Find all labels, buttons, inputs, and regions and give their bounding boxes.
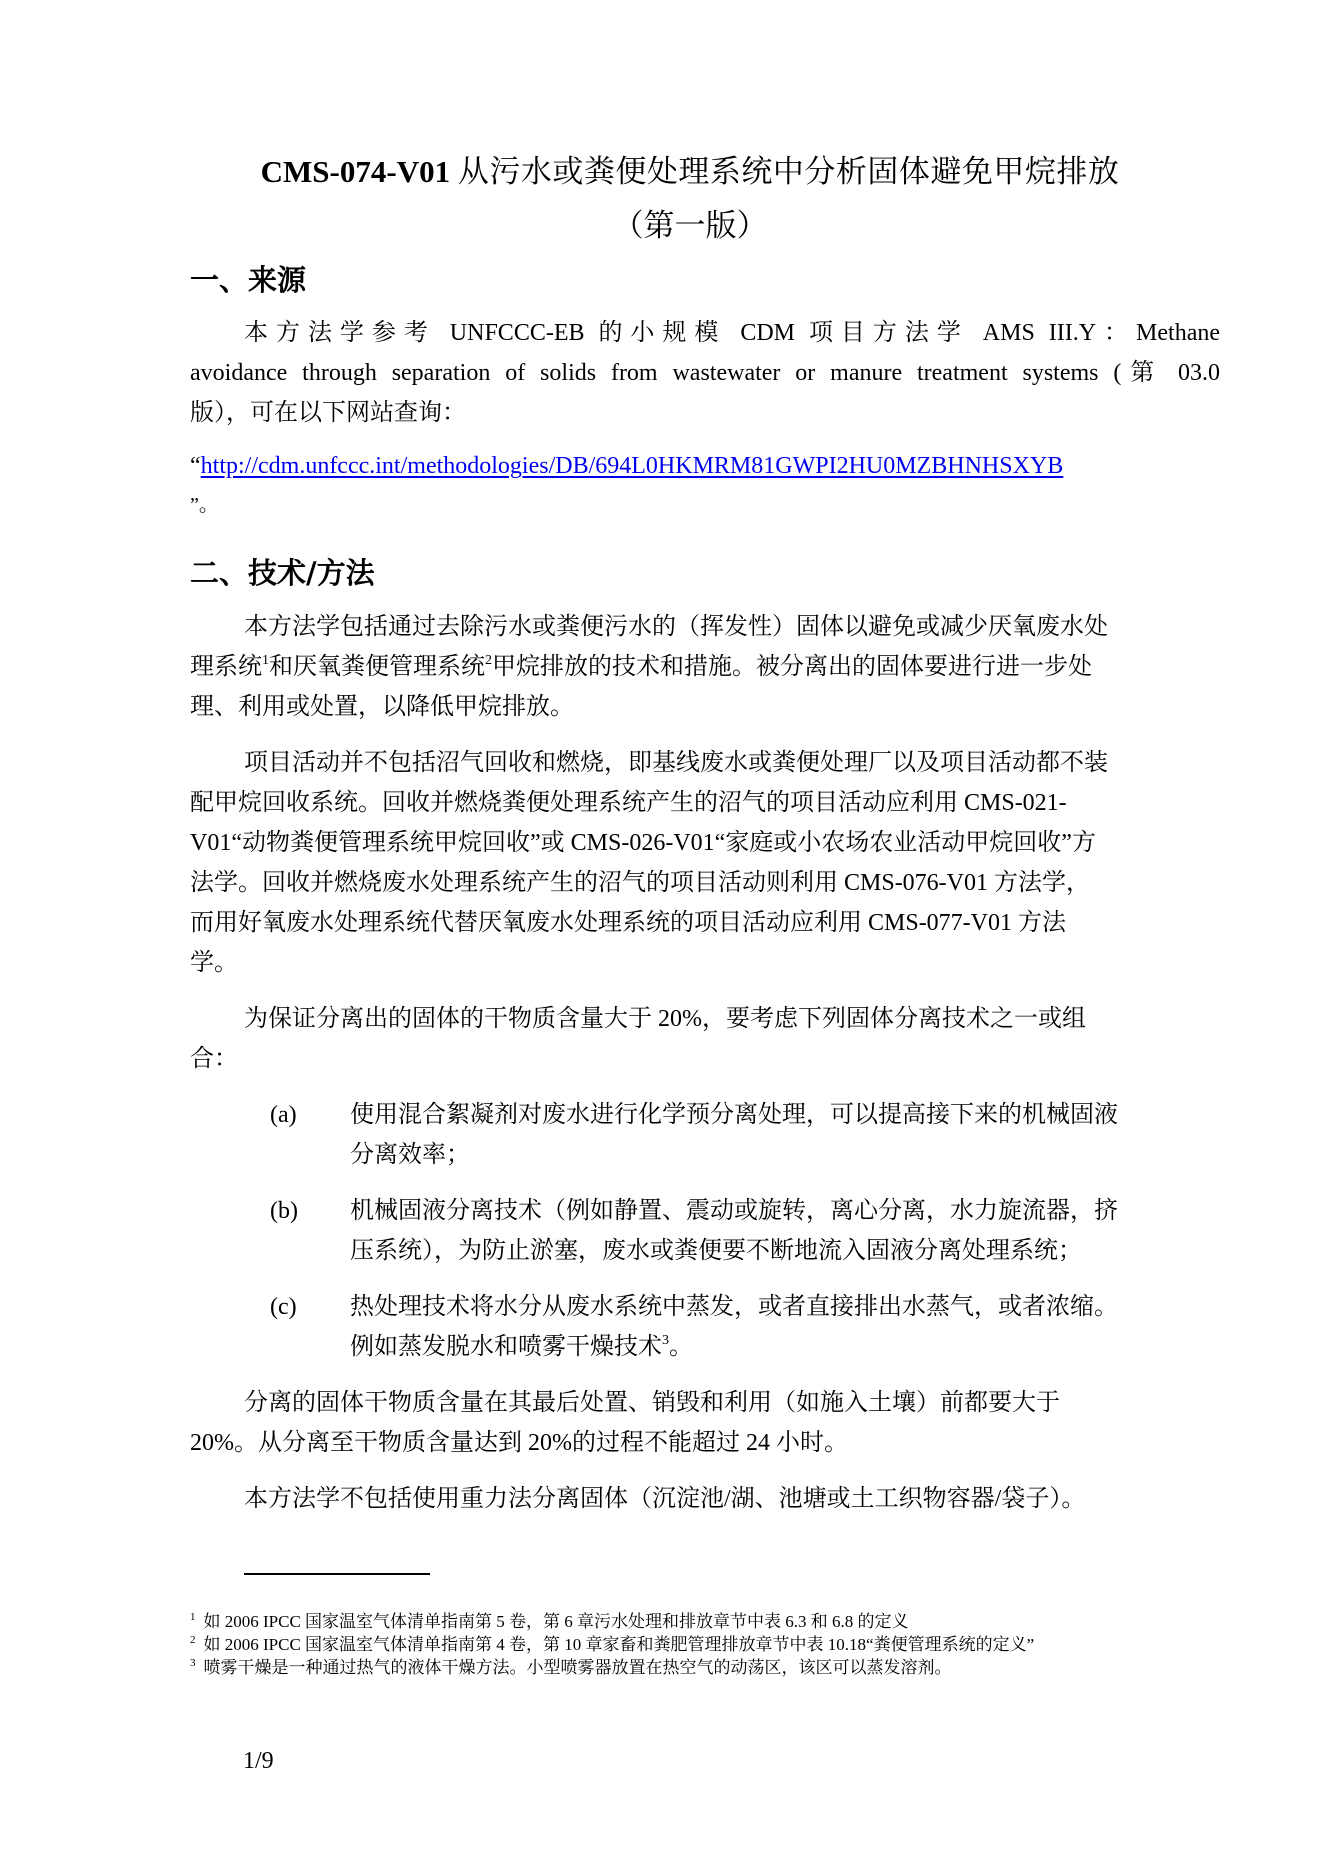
footnote-text: 如 2006 IPCC 国家温室气体清单指南第 4 卷，第 10 章家畜和粪肥管… (204, 1635, 1035, 1654)
footnote-3: 3喷雾干燥是一种通过热气的液体干燥方法。小型喷雾器放置在热空气的动荡区，该区可以… (190, 1658, 952, 1678)
paragraph-line: 为保证分离出的固体的干物质含量大于 20%，要考虑下列固体分离技术之一或组 (244, 1004, 1086, 1034)
paragraph-line: 版），可在以下网站查询： (190, 398, 466, 428)
paragraph-line-with-footnotes: 理系统1和厌氧粪便管理系统2甲烷排放的技术和措施。被分离出的固体要进行进一步处 (190, 652, 1092, 682)
list-item-text: 分离效率； (350, 1140, 470, 1170)
footnote-number: 2 (190, 1634, 196, 1646)
paragraph-line: 合： (190, 1044, 238, 1074)
text-run: 例如蒸发脱水和喷雾干燥技术 (350, 1334, 662, 1360)
methodology-link[interactable]: http://cdm.unfccc.int/methodologies/DB/6… (201, 453, 1064, 479)
link-line: “http://cdm.unfccc.int/methodologies/DB/… (190, 451, 1063, 481)
quote-close: ”。 (190, 490, 219, 520)
list-item-text: 机械固液分离技术（例如静置、震动或旋转，离心分离，水力旋流器，挤 (350, 1196, 1118, 1226)
footnote-1: 1如 2006 IPCC 国家温室气体清单指南第 5 卷，第 6 章污水处理和排… (190, 1612, 909, 1632)
paragraph-line: 分离的固体干物质含量在其最后处置、销毁和利用（如施入土壤）前都要大于 (244, 1388, 1060, 1418)
list-item-label-c: (c) (270, 1292, 297, 1322)
paragraph-line: avoidance through separation of solids f… (190, 358, 1220, 388)
document-page: CMS-074-V01 从污水或粪便处理系统中分析固体避免甲烷排放 （第一版） … (0, 0, 1323, 1871)
document-title: CMS-074-V01 从污水或粪便处理系统中分析固体避免甲烷排放 (190, 152, 1190, 192)
quote-open: “ (190, 453, 201, 479)
footnote-ref-3[interactable]: 3 (662, 1333, 669, 1348)
section-heading-technology: 二、技术/方法 (190, 555, 375, 591)
footnote-divider (244, 1573, 430, 1575)
list-item-text: 压系统），为防止淤塞，废水或粪便要不断地流入固液分离处理系统； (350, 1236, 1082, 1266)
list-item-text-with-footnote: 例如蒸发脱水和喷雾干燥技术3。 (350, 1332, 693, 1362)
footnote-2: 2如 2006 IPCC 国家温室气体清单指南第 4 卷，第 10 章家畜和粪肥… (190, 1635, 1034, 1655)
text-run: 甲烷排放的技术和措施。被分离出的固体要进行进一步处 (492, 654, 1092, 680)
paragraph-line: 学。 (190, 948, 238, 978)
list-item-label-b: (b) (270, 1196, 298, 1226)
footnote-text: 如 2006 IPCC 国家温室气体清单指南第 5 卷，第 6 章污水处理和排放… (204, 1612, 909, 1631)
footnote-number: 3 (190, 1657, 196, 1669)
footnote-ref-2[interactable]: 2 (485, 653, 492, 668)
list-item-label-a: (a) (270, 1100, 297, 1130)
paragraph-line: 本方法学包括通过去除污水或粪便污水的（挥发性）固体以避免或减少厌氧废水处 (244, 612, 1108, 642)
footnote-text: 喷雾干燥是一种通过热气的液体干燥方法。小型喷雾器放置在热空气的动荡区，该区可以蒸… (204, 1658, 952, 1677)
text-run: 和厌氧粪便管理系统 (269, 654, 485, 680)
paragraph-line: 配甲烷回收系统。回收并燃烧粪便处理系统产生的沼气的项目活动应利用 CMS-021… (190, 788, 1067, 818)
paragraph-line: 本方法学不包括使用重力法分离固体（沉淀池/湖、池塘或土工织物容器/袋子）。 (244, 1484, 1085, 1514)
footnote-number: 1 (190, 1611, 196, 1623)
paragraph-line: 20%。从分离至干物质含量达到 20%的过程不能超过 24 小时。 (190, 1428, 848, 1458)
title-edition: （第一版） (190, 206, 1190, 246)
title-code: CMS-074-V01 (261, 154, 450, 189)
paragraph-line: 理、利用或处置，以降低甲烷排放。 (190, 692, 574, 722)
paragraph-line: V01“动物粪便管理系统甲烷回收”或 CMS-026-V01“家庭或小农场农业活… (190, 828, 1096, 858)
paragraph-line: 本方法学参考 UNFCCC-EB 的小规模 CDM 项目方法学 AMS III.… (244, 318, 1220, 348)
text-run: 理系统 (190, 654, 262, 680)
page-number: 1/9 (243, 1746, 274, 1776)
text-run: 。 (669, 1334, 693, 1360)
paragraph-line: 项目活动并不包括沼气回收和燃烧，即基线废水或粪便处理厂以及项目活动都不装 (244, 748, 1108, 778)
list-item-text: 热处理技术将水分从废水系统中蒸发，或者直接排出水蒸气，或者浓缩。 (350, 1292, 1118, 1322)
paragraph-line: 法学。回收并燃烧废水处理系统产生的沼气的项目活动则利用 CMS-076-V01 … (190, 868, 1090, 898)
footnote-ref-1[interactable]: 1 (262, 653, 269, 668)
list-item-text: 使用混合絮凝剂对废水进行化学预分离处理，可以提高接下来的机械固液 (350, 1100, 1118, 1130)
section-heading-source: 一、来源 (190, 262, 306, 298)
title-text: 从污水或粪便处理系统中分析固体避免甲烷排放 (458, 154, 1120, 189)
paragraph-line: 而用好氧废水处理系统代替厌氧废水处理系统的项目活动应利用 CMS-077-V01… (190, 908, 1066, 938)
